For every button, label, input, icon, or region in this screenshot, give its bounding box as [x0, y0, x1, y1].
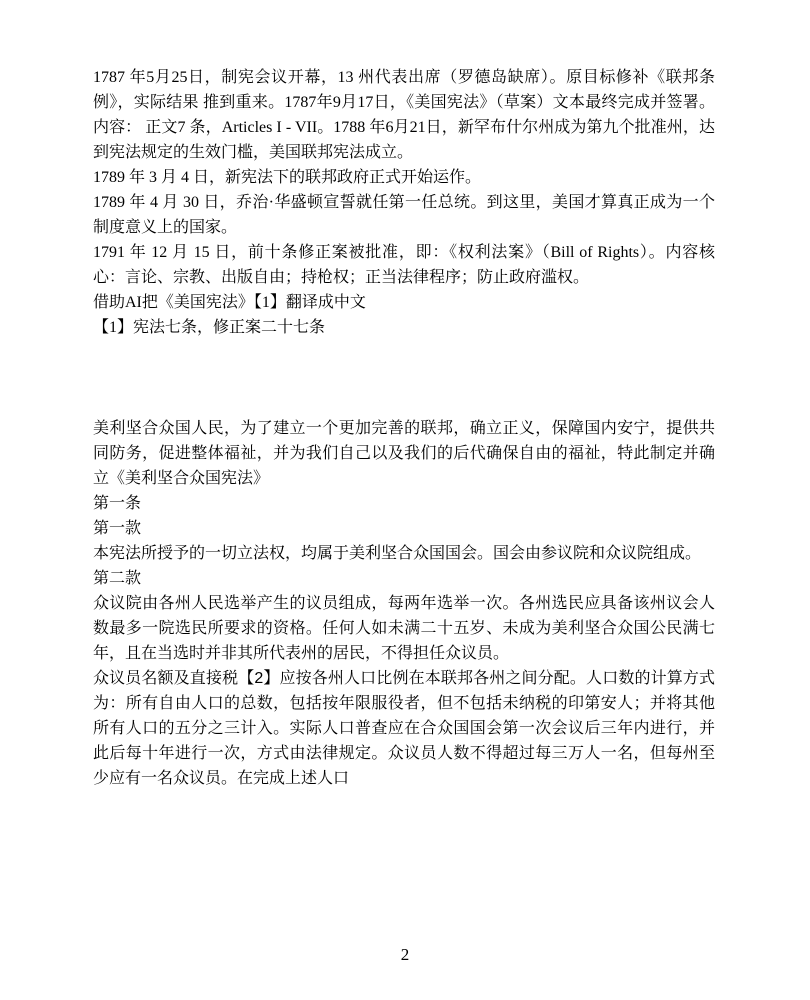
history-paragraph-1791: 1791 年 12 月 15 日，前十条修正案被批准，即：《权利法案》（Bill… [93, 240, 715, 290]
article-1-heading: 第一条 [93, 491, 715, 516]
constitution-preamble: 美利坚合众国人民，为了建立一个更加完善的联邦，确立正义，保障国内安宁，提供共同防… [93, 416, 715, 491]
history-paragraph-1789-april: 1789 年 4 月 30 日，乔治·华盛顿宣誓就任第一任总统。到这里，美国才算… [93, 190, 715, 240]
section-1-heading: 第一款 [93, 516, 715, 541]
history-section: 1787 年5月25日，制宪会议开幕，13 州代表出席（罗德岛缺席）。原目标修补… [93, 65, 715, 340]
ai-translation-instruction: 借助AI把《美国宪法》【1】翻译成中文 [93, 290, 715, 315]
page-number: 2 [0, 944, 810, 966]
section-2-paragraph-2: 众议员名额及直接税【2】应按各州人口比例在本联邦各州之间分配。人口数的计算方式为… [93, 666, 715, 791]
section-1-paragraph: 本宪法所授予的一切立法权，均属于美利坚合众国国会。国会由参议院和众议院组成。 [93, 541, 715, 566]
section-2-paragraph-1: 众议院由各州人民选举产生的议员组成，每两年选举一次。各州选民应具备该州议会人数最… [93, 591, 715, 666]
document-page: 1787 年5月25日，制宪会议开幕，13 州代表出席（罗德岛缺席）。原目标修补… [0, 0, 810, 1000]
history-paragraph-1789-march: 1789 年 3 月 4 日，新宪法下的联邦政府正式开始运作。 [93, 165, 715, 190]
history-paragraph-1787: 1787 年5月25日，制宪会议开幕，13 州代表出席（罗德岛缺席）。原目标修补… [93, 65, 715, 165]
section-2-heading: 第二款 [93, 566, 715, 591]
footnote-1: 【1】宪法七条，修正案二十七条 [93, 315, 715, 340]
translation-section: 美利坚合众国人民，为了建立一个更加完善的联邦，确立正义，保障国内安宁，提供共同防… [93, 416, 715, 791]
